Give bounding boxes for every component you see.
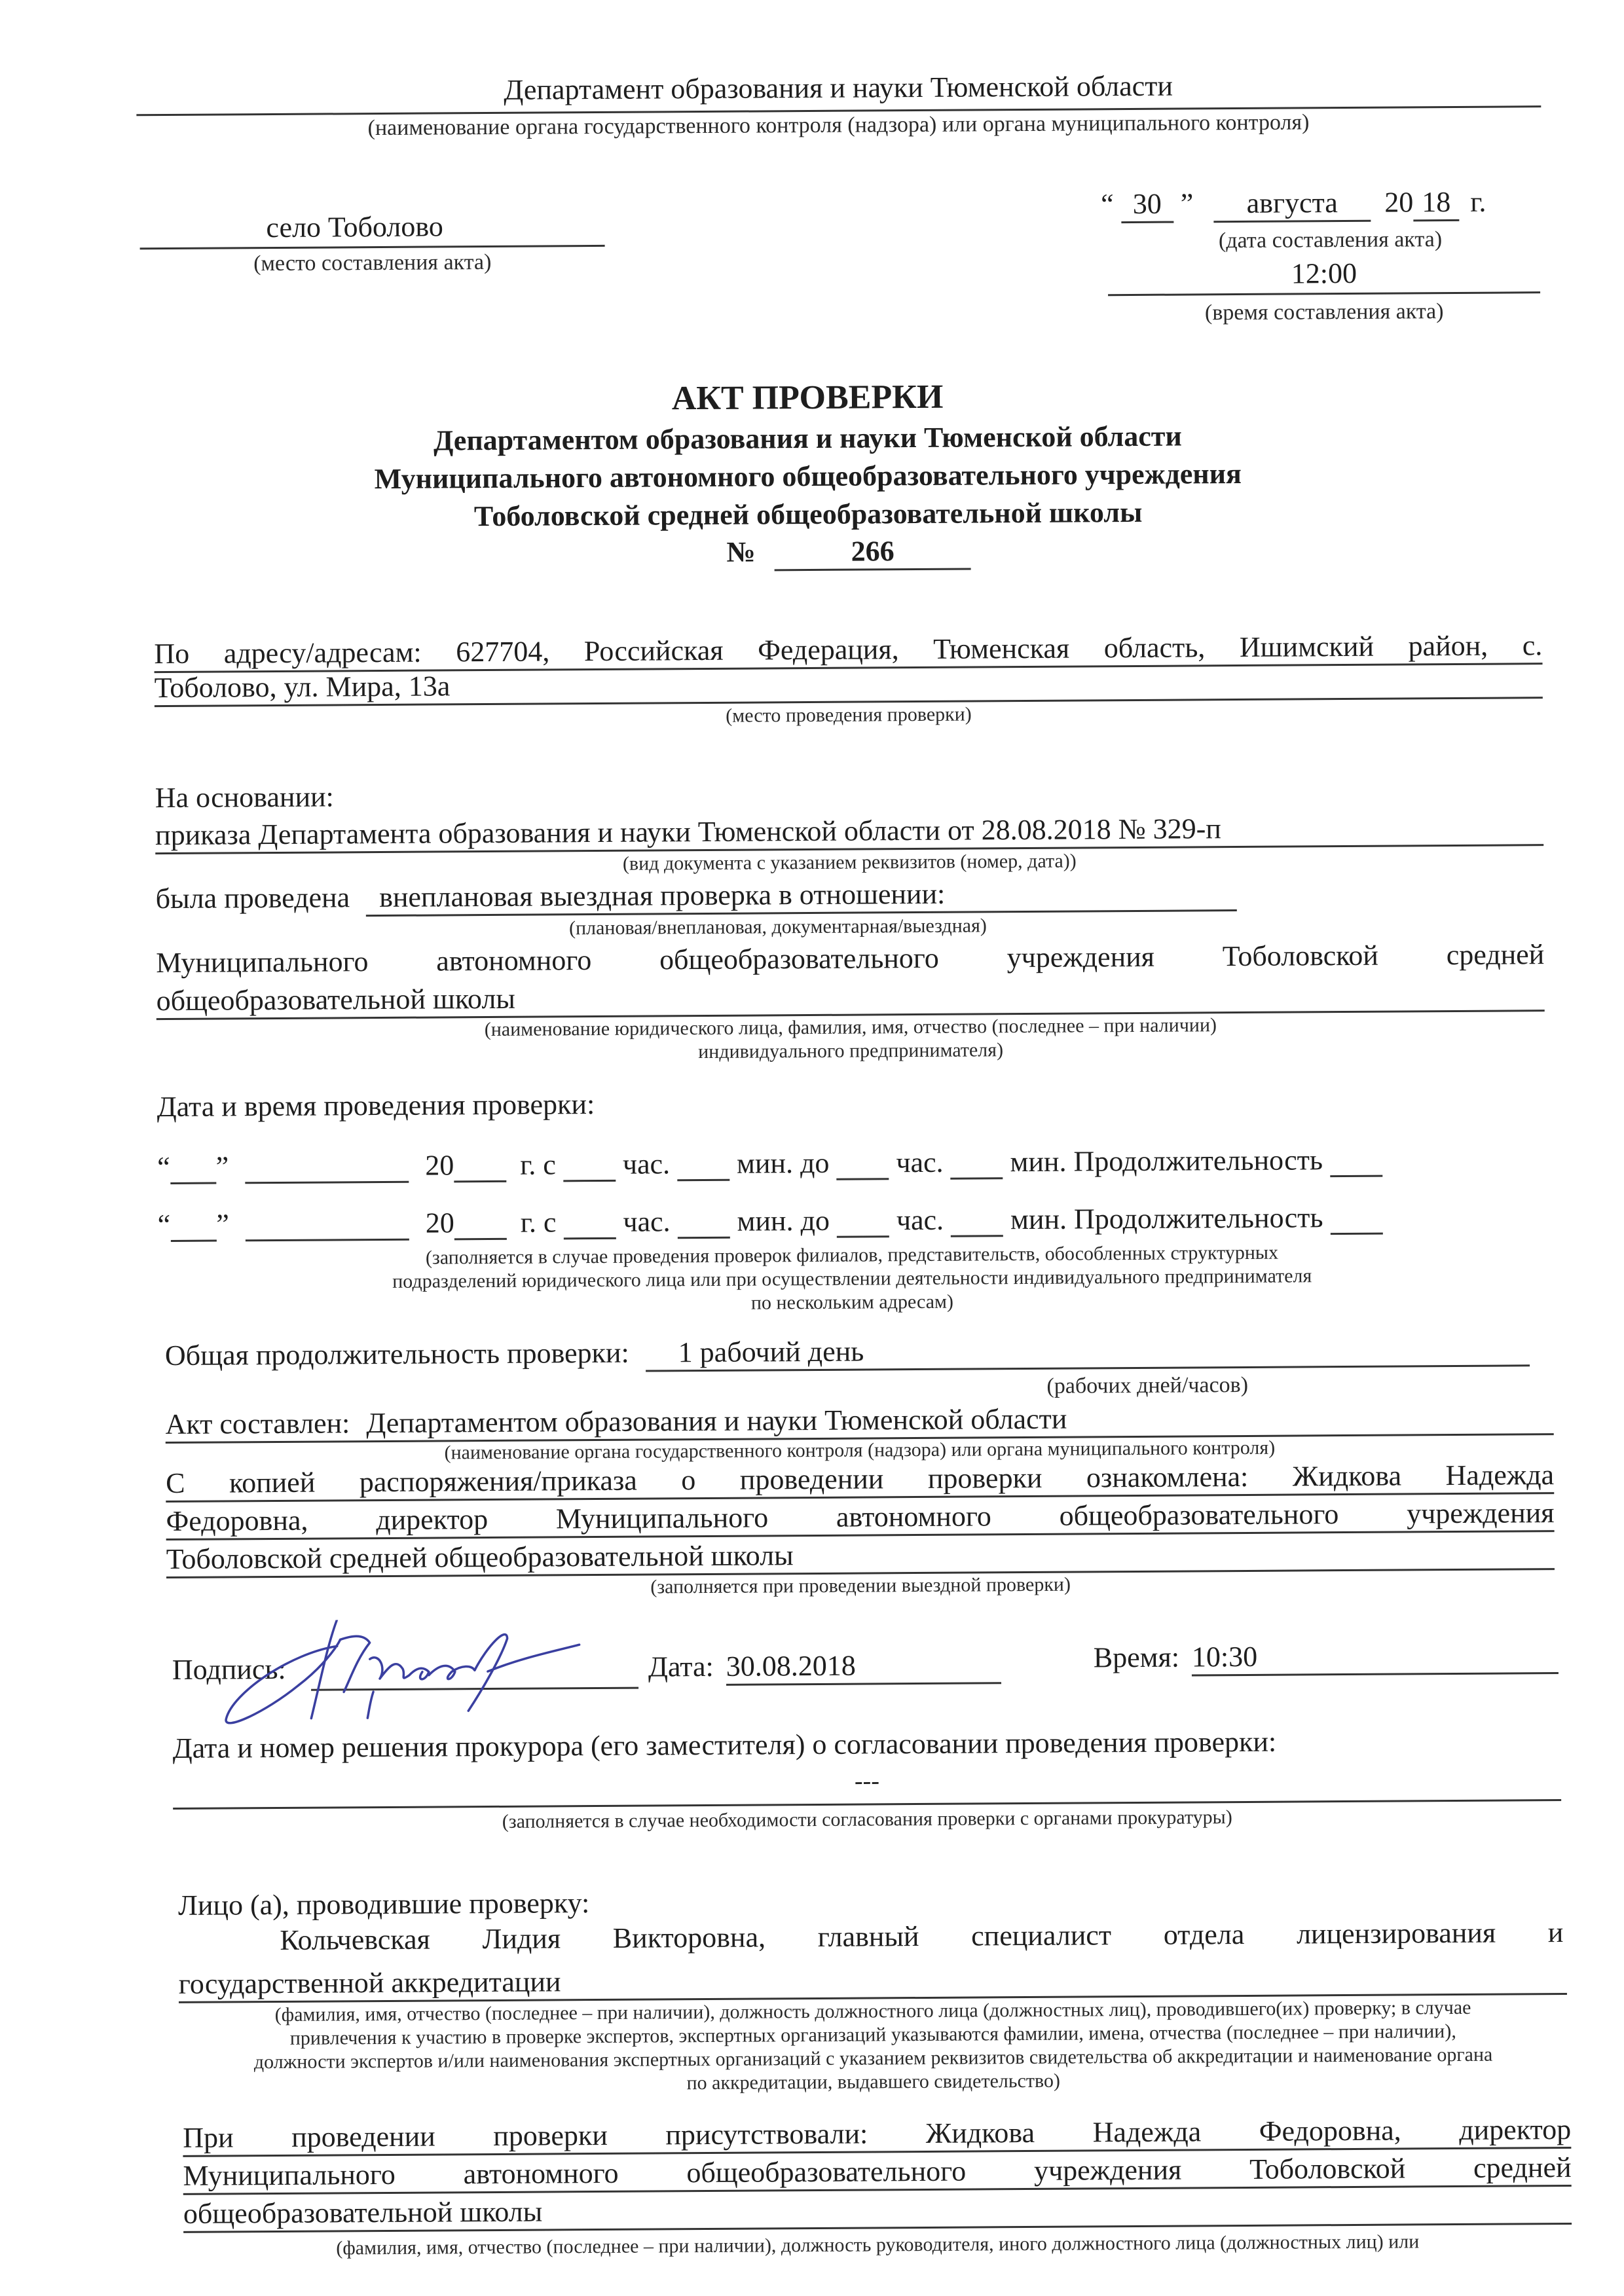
hour-from-blank[interactable]: [563, 1214, 616, 1239]
prosecutor-caption: (заполняется в случае необходимости согл…: [173, 1804, 1561, 1836]
time-rule: [1108, 291, 1540, 296]
date-month: августа: [1213, 187, 1371, 223]
hours-to-label: час.: [896, 1146, 943, 1178]
date-year-suffix: 18: [1413, 186, 1459, 221]
prosecutor-value: ---: [173, 1763, 1561, 1800]
total-duration-caption: (рабочих дней/часов): [951, 1372, 1344, 1400]
date-label: Дата:: [648, 1650, 714, 1683]
hour-to-blank[interactable]: [836, 1156, 889, 1180]
time-caption: (время составления акта): [1108, 298, 1540, 327]
time-label: Время:: [1094, 1641, 1179, 1674]
date-year-unit: г.: [1470, 186, 1486, 218]
duration-label: мин. Продолжительность: [1010, 1144, 1323, 1178]
date-value: 30.08.2018: [726, 1649, 1001, 1685]
year-prefix: 20: [426, 1207, 454, 1239]
present-line-3: общеобразовательной школы: [183, 2189, 1572, 2233]
datetime-row-1: “” 20 г. с час. мин. до час. мин. Продол…: [157, 1142, 1559, 1184]
act-time: 12:00: [1108, 256, 1540, 292]
hours-label: час.: [623, 1205, 670, 1237]
compiled-by-value: Департаментом образования и науки Тюменс…: [366, 1403, 1067, 1440]
quote-open: “: [158, 1209, 171, 1241]
act-number: № 266: [726, 535, 971, 572]
hour-from-blank[interactable]: [563, 1157, 616, 1181]
present-line-2: Муниципального автономного общеобразоват…: [183, 2151, 1571, 2195]
month-blank[interactable]: [245, 1158, 409, 1184]
number-sign: №: [726, 536, 756, 568]
min-from-blank[interactable]: [677, 1156, 729, 1180]
prosecutor-label: Дата и номер решения прокурора (его заме…: [172, 1726, 1276, 1766]
quote-open: “: [1101, 188, 1114, 220]
document-title: АКТ ПРОВЕРКИ: [0, 373, 1619, 422]
time-value: 10:30: [1192, 1639, 1559, 1676]
min-to-label: мин. до: [737, 1147, 830, 1180]
hour-to-blank[interactable]: [837, 1213, 889, 1237]
quote-close: ”: [216, 1150, 229, 1182]
title-line-2: Муниципального автономного общеобразоват…: [0, 455, 1620, 498]
place-caption: (место составления акта): [140, 249, 605, 278]
day-blank[interactable]: [170, 1217, 216, 1241]
place-value: село Тоболово: [266, 210, 443, 244]
year-prefix: 20: [425, 1149, 454, 1181]
inspection-type-label: была проведена: [156, 881, 350, 915]
total-duration-row: Общая продолжительность проверки: 1 рабо…: [165, 1331, 1553, 1375]
datetime-label: Дата и время проведения проверки:: [157, 1088, 595, 1124]
g-s-label: г. с: [520, 1148, 556, 1180]
min-to-blank[interactable]: [951, 1212, 1003, 1237]
subject-line-1: Муниципального автономного общеобразоват…: [156, 938, 1544, 980]
duration-blank[interactable]: [1330, 1210, 1382, 1234]
month-blank[interactable]: [246, 1216, 409, 1241]
total-duration-value: 1 рабочий день: [646, 1331, 1530, 1372]
authority-name: Департамент образования и науки Тюменско…: [138, 67, 1539, 109]
acquainted-line-2: Федоровна, директор Муниципального автон…: [166, 1497, 1554, 1540]
present-line-1: При проведении проверки присутствовали: …: [183, 2113, 1571, 2157]
inspection-type-row: была проведена внеплановая выездная пров…: [156, 876, 1238, 918]
present-caption: (фамилия, имя, отчество (последнее – при…: [183, 2229, 1572, 2261]
inspection-act-page: Департамент образования и науки Тюменско…: [0, 0, 1624, 2296]
date-day: 30: [1121, 188, 1173, 223]
total-duration-label: Общая продолжительность проверки:: [165, 1337, 629, 1372]
signature-ink: [212, 1618, 632, 1732]
basis-label: На основании:: [155, 780, 334, 814]
number-value: 266: [775, 535, 971, 571]
g-s-label: г. с: [521, 1206, 557, 1238]
quote-close: ”: [216, 1208, 229, 1240]
hours-to-label: час.: [896, 1204, 944, 1236]
act-date: “ 30 ” августа 2018 г.: [1101, 186, 1486, 223]
duration-blank[interactable]: [1330, 1152, 1382, 1176]
compiled-by-label: Акт составлен:: [165, 1407, 350, 1440]
signature-date: Дата: 30.08.2018: [648, 1649, 1001, 1686]
year-blank[interactable]: [454, 1157, 506, 1182]
date-year-prefix: 20: [1384, 186, 1413, 218]
min-from-blank[interactable]: [678, 1214, 730, 1238]
inspection-type-caption: (плановая/внеплановая, документарная/вые…: [483, 914, 1073, 941]
min-to-blank[interactable]: [950, 1155, 1003, 1179]
title-line-1: Департаментом образования и науки Тюменс…: [0, 417, 1620, 460]
inspectors-label: Лицо (а), проводившие проверку:: [178, 1887, 589, 1922]
day-blank[interactable]: [170, 1159, 216, 1184]
quote-open: “: [157, 1151, 170, 1183]
quote-close: ”: [1181, 187, 1194, 219]
date-caption: (дата составления акта): [1147, 226, 1513, 255]
signature-time: Время: 10:30: [1094, 1639, 1559, 1677]
datetime-row-2: “” 20 г. с час. мин. до час. мин. Продол…: [158, 1200, 1559, 1242]
inspectors-line-1: Кольчевская Лидия Викторовна, главный сп…: [280, 1916, 1563, 1958]
inspection-type-value: внеплановая выездная проверка в отношени…: [366, 876, 1237, 917]
duration-label: мин. Продолжительность: [1010, 1201, 1323, 1235]
min-to-label: мин. до: [737, 1205, 830, 1237]
title-line-3: Тоболовской средней общеобразовательной …: [0, 493, 1620, 536]
hours-label: час.: [623, 1148, 670, 1180]
year-blank[interactable]: [454, 1215, 507, 1239]
